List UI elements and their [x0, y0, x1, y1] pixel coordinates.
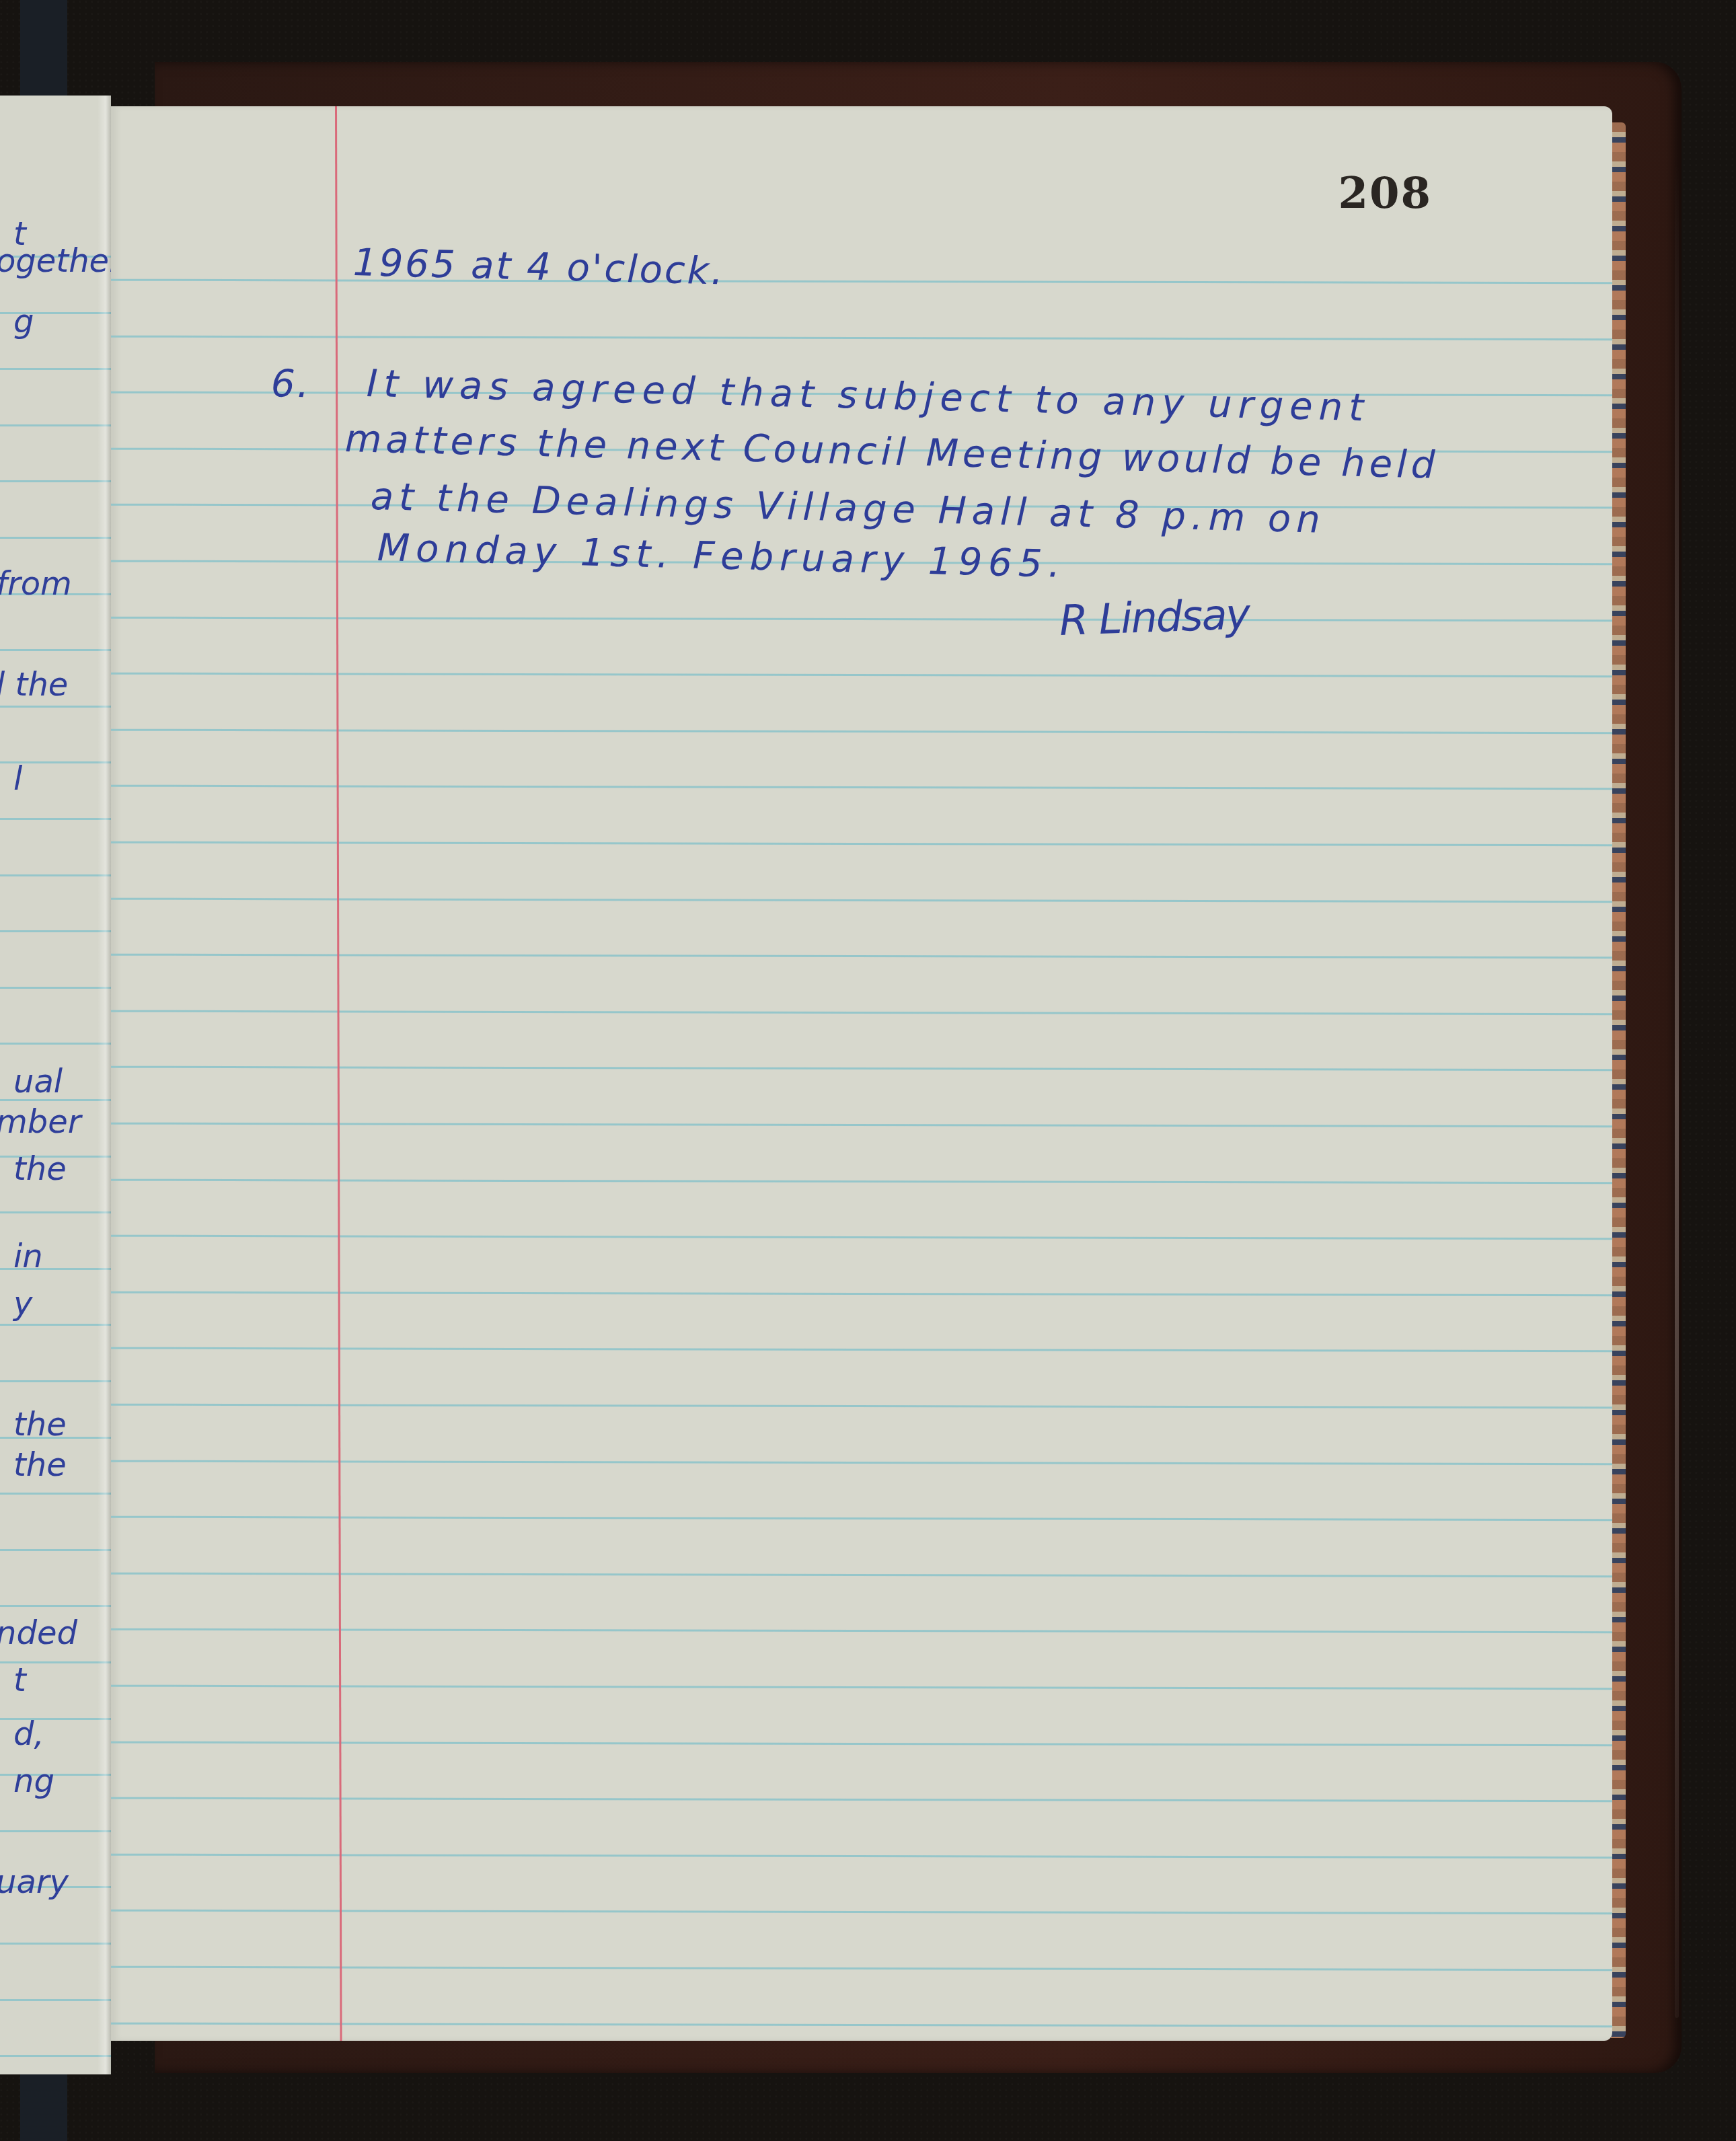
- left-page-word-fragment: from: [0, 565, 72, 603]
- ruled-line: [111, 841, 1612, 847]
- ruled-line: [111, 1291, 1612, 1296]
- ruled-line: [111, 1178, 1612, 1184]
- left-page-word-fragment: the: [13, 1150, 67, 1188]
- page-number: 208: [1338, 168, 1432, 219]
- ruled-line: [111, 1066, 1612, 1072]
- left-page-word-fragment: ng: [13, 1762, 54, 1800]
- left-page-word-fragment: y: [13, 1285, 32, 1322]
- left-page-word-fragment: the: [13, 1446, 67, 1484]
- ruled-line: [0, 818, 111, 820]
- ruled-line: [0, 1324, 111, 1326]
- ruled-line: [0, 424, 111, 426]
- ruled-line: [111, 1347, 1612, 1353]
- left-page-fragment: togethergfroml thelualmbertheinythethend…: [0, 96, 111, 2074]
- handwritten-line: It was agreed that subject to any urgent: [366, 362, 1370, 430]
- ruled-line: [111, 1572, 1612, 1577]
- ruled-line: [0, 649, 111, 651]
- ruled-line: [0, 1999, 111, 2001]
- left-page-word-fragment: ual: [13, 1063, 63, 1100]
- left-page-word-fragment: t: [13, 1661, 26, 1699]
- ruled-line: [111, 1853, 1612, 1858]
- ruled-line: [0, 930, 111, 932]
- handwritten-line: 1965 at 4 o'clock.: [352, 241, 726, 293]
- ruled-line: [0, 1549, 111, 1551]
- ruled-line: [111, 1516, 1612, 1522]
- marbled-page-edge: [1611, 122, 1626, 2038]
- ruled-line: [0, 706, 111, 708]
- handwritten-line: Monday 1st. February 1965.: [377, 526, 1067, 587]
- left-page-word-fragment: l: [13, 760, 22, 798]
- ruled-line: [111, 954, 1612, 959]
- ruled-line: [111, 1910, 1612, 1915]
- left-page-word-fragment: g: [13, 303, 34, 340]
- ruled-line: [111, 1628, 1612, 1634]
- ruled-line: [111, 1123, 1612, 1128]
- ruled-line: [111, 897, 1612, 903]
- ruled-line: [111, 2022, 1612, 2027]
- ruled-line: [0, 987, 111, 989]
- ruled-line: [0, 2055, 111, 2057]
- left-page-word-fragment: uary: [0, 1863, 69, 1901]
- ruled-line: [111, 1685, 1612, 1690]
- ruled-line: [0, 1380, 111, 1382]
- ruled-line: [111, 1966, 1612, 1971]
- left-page-word-fragment: nded: [0, 1614, 77, 1652]
- ruled-line: [0, 537, 111, 539]
- cover-edge-highlight: [1675, 161, 1679, 2018]
- ruled-line: [0, 1493, 111, 1495]
- gutter-shadow: [98, 96, 111, 2074]
- left-page-word-fragment: ogether: [0, 242, 111, 280]
- item-number: 6.: [270, 362, 311, 406]
- ruled-line: [0, 1943, 111, 1945]
- ruled-line: [0, 1211, 111, 1213]
- signature: R Lindsay: [1059, 589, 1250, 645]
- ruled-line: [0, 368, 111, 370]
- ruled-line: [0, 1605, 111, 1607]
- ruled-line: [0, 480, 111, 482]
- ruled-line: [0, 874, 111, 876]
- red-margin-line: [335, 106, 342, 2041]
- ruled-line: [0, 1830, 111, 1832]
- left-page-word-fragment: in: [13, 1238, 43, 1275]
- left-page-word-fragment: l the: [0, 666, 68, 704]
- left-page-word-fragment: d,: [13, 1715, 44, 1753]
- ruled-line: [111, 1460, 1612, 1465]
- ruled-line: [111, 1741, 1612, 1746]
- ruled-line: [111, 1010, 1612, 1015]
- left-page-word-fragment: the: [13, 1406, 67, 1443]
- ruled-line: [111, 1404, 1612, 1409]
- right-page: 208 1965 at 4 o'clock. 6. It was agreed …: [111, 106, 1612, 2041]
- ruled-line: [0, 1043, 111, 1045]
- ruled-line: [111, 1235, 1612, 1240]
- ruled-line: [111, 1797, 1612, 1803]
- left-page-word-fragment: mber: [0, 1103, 81, 1141]
